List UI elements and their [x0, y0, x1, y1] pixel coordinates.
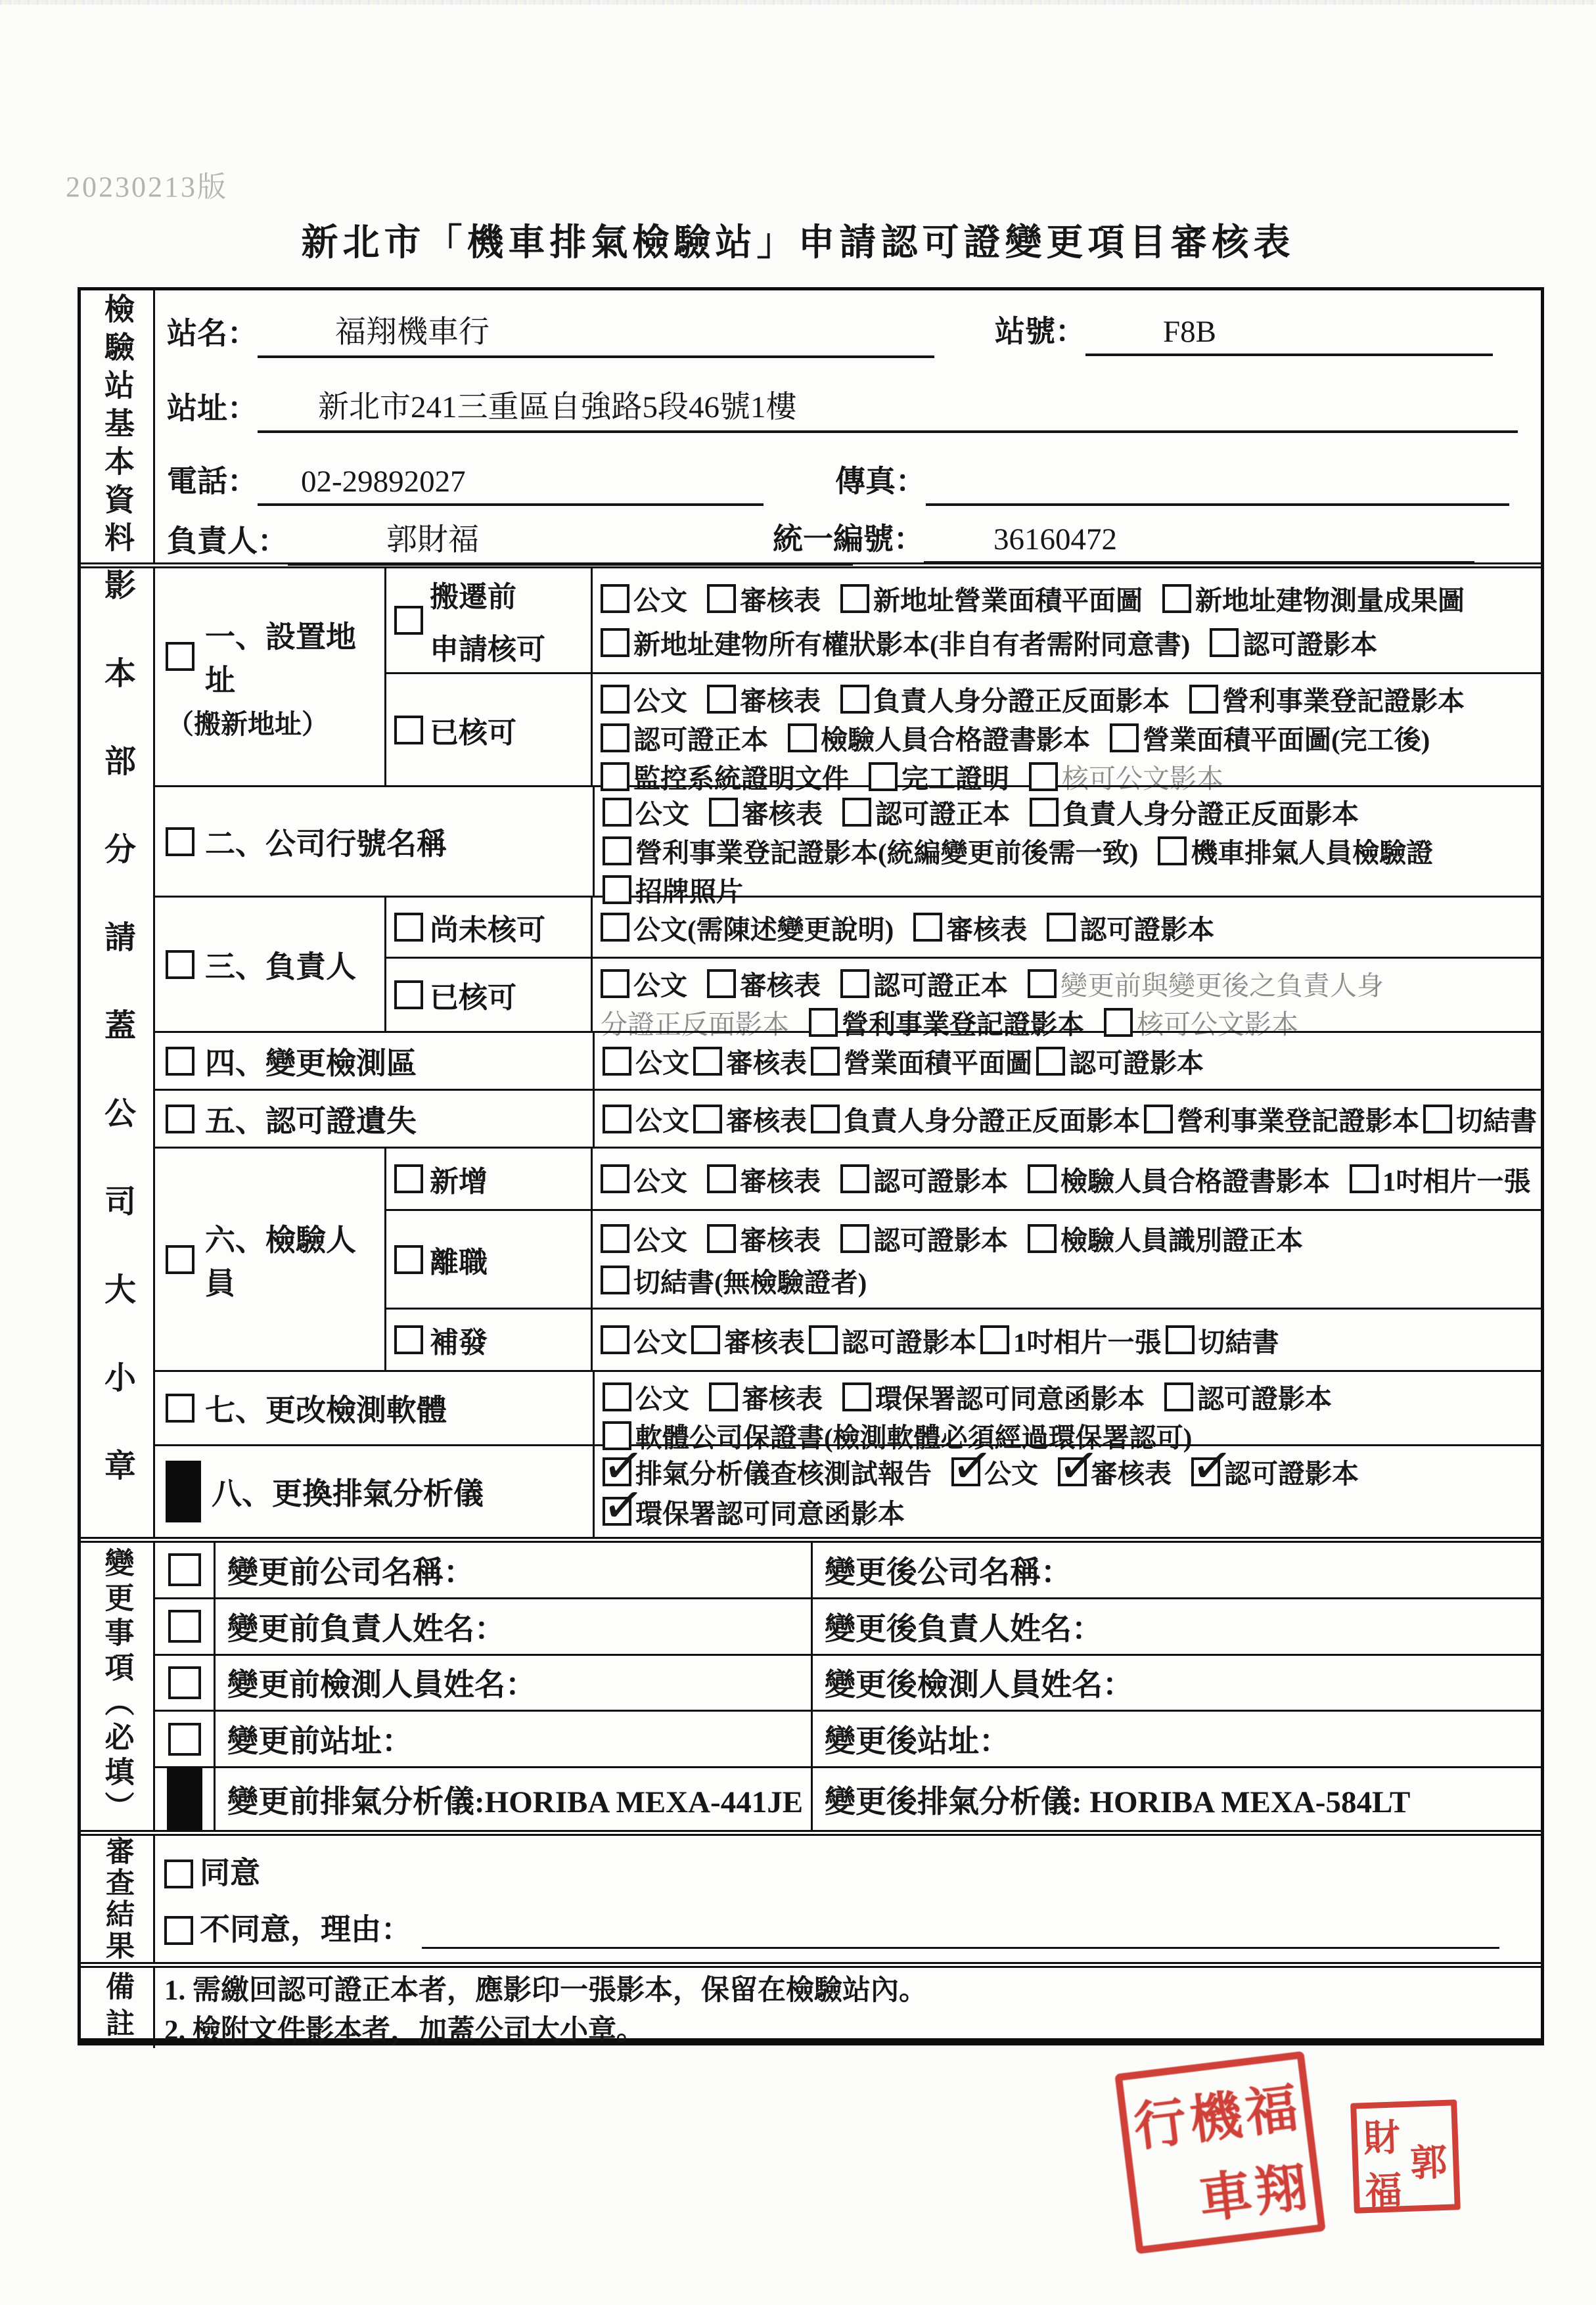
- document-option-label: 審核表: [946, 908, 1027, 947]
- document-option-checkbox[interactable]: [1423, 1105, 1452, 1133]
- change-before-text: 變更前檢測人員姓名：: [227, 1660, 536, 1704]
- document-option-label: 認可證影本: [1080, 908, 1214, 947]
- document-option: 公文(需陳述變更說明): [601, 908, 894, 947]
- document-option-label: 公文: [633, 1219, 687, 1258]
- change-section-header: 變更事項（必填）: [96, 1547, 139, 1826]
- document-option-checkbox[interactable]: [1047, 913, 1076, 942]
- sub-item-checkbox[interactable]: [394, 1164, 423, 1193]
- section-sublabel: （搬新地址）: [166, 702, 384, 741]
- document-option-checkbox[interactable]: [809, 1008, 838, 1037]
- document-option-checkbox[interactable]: [601, 584, 629, 613]
- document-option-label: 審核表: [740, 1160, 821, 1198]
- document-option-checkbox[interactable]: [601, 969, 629, 998]
- document-option: 公文: [601, 1321, 687, 1359]
- section-checkbox[interactable]: [166, 1461, 201, 1522]
- document-option-label: 營業面積平面圖(完工後): [1143, 718, 1430, 757]
- document-option-label: 認可證正本: [633, 718, 768, 757]
- document-option-label: 公文(需陳述變更說明): [633, 908, 894, 947]
- sub-label-cell: 已核可: [386, 959, 593, 1031]
- document-option: 審核表: [707, 1219, 821, 1258]
- section-checkbox[interactable]: [166, 1245, 194, 1274]
- document-option-checkbox[interactable]: [693, 1047, 722, 1076]
- phone-field: 電話： 02-29892027: [167, 457, 764, 506]
- document-option-label: 公文: [635, 1377, 689, 1416]
- change-row-checkbox-cell: [155, 1543, 216, 1597]
- document-option-checkbox[interactable]: [603, 1497, 631, 1526]
- document-option-checkbox[interactable]: [811, 1047, 840, 1076]
- change-after-text: 變更後站址：: [825, 1717, 1010, 1761]
- document-option-label: 審核表: [740, 679, 821, 718]
- note-line-1: 1. 需繳回認可證正本者，應影印一張影本，保留在檢驗站內。: [164, 1968, 1541, 2008]
- sub-rows: 新增公文審核表認可證影本檢驗人員合格證書影本1吋相片一張離職公文審核表認可證影本…: [386, 1149, 1541, 1370]
- section-checkbox[interactable]: [166, 1394, 194, 1423]
- sub-label-cell: 搬遷前申請核可: [386, 568, 593, 672]
- change-row-checkbox[interactable]: [167, 1768, 202, 1830]
- station-code-field: 站號： F8B: [995, 308, 1493, 356]
- document-option-checkbox[interactable]: [980, 1325, 1009, 1354]
- document-options-line: 公文審核表新地址營業面積平面圖新地址建物測量成果圖: [601, 579, 1537, 618]
- item-label-cell: 四、變更檢測區: [155, 1033, 595, 1089]
- document-option-label: 營利事業登記證影本: [1222, 679, 1465, 718]
- document-option: 審核表: [707, 579, 821, 618]
- copy-item-row: 二、公司行號名稱公文審核表認可證正本負責人身分證正反面影本營利事業登記證影本(統…: [155, 785, 1541, 896]
- document-option-label: 審核表: [740, 579, 821, 618]
- change-section-header-cell: 變更事項（必填）: [81, 1543, 155, 1830]
- document-option-checkbox[interactable]: [707, 1224, 736, 1253]
- copy-section-header-cell: 影本部分請蓋公司大小章: [81, 568, 155, 1537]
- document-option-label: 認可證正本: [873, 964, 1008, 1003]
- change-before-cell: 變更前公司名稱：: [216, 1543, 813, 1597]
- change-row: 變更前公司名稱：變更後公司名稱：: [155, 1543, 1541, 1597]
- document-option-checkbox[interactable]: [1166, 1325, 1195, 1354]
- document-option-checkbox[interactable]: [840, 969, 869, 998]
- change-row-checkbox[interactable]: [168, 1610, 201, 1643]
- document-options-line: 公文審核表負責人身分證正反面影本營利事業登記證影本切結書: [603, 1099, 1537, 1138]
- document-option: 檢驗人員合格證書影本: [788, 718, 1090, 757]
- address-value[interactable]: 新北市241三重區自強路5段46號1樓: [258, 382, 1518, 433]
- section-label: 一、設置地址: [205, 613, 384, 700]
- document-option-checkbox[interactable]: [1104, 1008, 1133, 1037]
- document-option-checkbox[interactable]: [951, 1457, 980, 1486]
- change-before-cell: 變更前負責人姓名：: [216, 1599, 813, 1654]
- document-option-checkbox[interactable]: [709, 798, 738, 827]
- document-option: 認可證正本: [840, 964, 1008, 1003]
- basic-info-section: 檢驗站基本資料 站名： 福翔機車行 站號： F8B 站址： 新北市241三重區自…: [81, 290, 1541, 562]
- document-option-checkbox[interactable]: [707, 969, 736, 998]
- change-row-checkbox-cell: [155, 1712, 216, 1766]
- document-option-checkbox[interactable]: [601, 1164, 629, 1193]
- document-option: 審核表: [707, 1160, 821, 1198]
- document-option-label: 認可證影本: [842, 1321, 976, 1359]
- document-option-checkbox[interactable]: [788, 723, 817, 752]
- document-option-label: 認可證影本: [1197, 1377, 1332, 1416]
- document-option-label: 負責人身分證正反面影本: [1062, 792, 1359, 831]
- document-option-label: 檢驗人員識別證正本: [1060, 1219, 1303, 1258]
- copy-item-row: 五、認可證遺失公文審核表負責人身分證正反面影本營利事業登記證影本切結書: [155, 1089, 1541, 1147]
- change-row-checkbox[interactable]: [168, 1723, 201, 1756]
- tax-id-label: 統一編號：: [773, 515, 924, 564]
- document-option-checkbox[interactable]: [709, 1382, 738, 1411]
- document-option-checkbox[interactable]: [1162, 584, 1191, 613]
- disagree-checkbox[interactable]: [164, 1916, 193, 1945]
- change-row-checkbox-cell: [155, 1599, 216, 1654]
- change-after-text: 變更後排氣分析儀: HORIBA MEXA-584LT: [825, 1777, 1410, 1821]
- document-option-label: 認可證影本: [1243, 623, 1377, 662]
- document-option-checkbox[interactable]: [1030, 798, 1059, 827]
- sub-item-label: 已核可: [430, 709, 516, 751]
- document-option-checkbox[interactable]: [601, 628, 629, 657]
- sub-item-row: 搬遷前申請核可公文審核表新地址營業面積平面圖新地址建物測量成果圖新地址建物所有權…: [386, 568, 1541, 672]
- document-option-checkbox[interactable]: [601, 685, 629, 714]
- document-option: 審核表: [709, 792, 823, 831]
- document-option-checkbox[interactable]: [707, 584, 736, 613]
- review-result-section: 審查結果 同意 不同意，理由：: [81, 1830, 1541, 1962]
- document-option: 認可證影本: [809, 1321, 976, 1359]
- change-before-cell: 變更前站址：: [216, 1712, 813, 1766]
- document-options-line: 公文審核表認可證影本檢驗人員合格證書影本1吋相片一張: [601, 1160, 1537, 1198]
- section-label: 八、更換排氣分析儀: [212, 1470, 484, 1513]
- copy-item-row: 一、設置地址（搬新地址）搬遷前申請核可公文審核表新地址營業面積平面圖新地址建物測…: [155, 568, 1541, 785]
- document-option: 審核表: [707, 679, 821, 718]
- document-option-label: 審核表: [742, 792, 823, 831]
- item-label-cell: 二、公司行號名稱: [155, 787, 595, 896]
- document-option-checkbox[interactable]: [840, 584, 869, 613]
- document-option: 營業面積平面圖: [811, 1041, 1032, 1080]
- document-option-checkbox[interactable]: [603, 836, 631, 865]
- section-label: 五、認可證遺失: [205, 1097, 417, 1141]
- item-label-cell: 三、負責人: [155, 898, 386, 1031]
- name-seal-char: 郭: [1403, 2107, 1453, 2214]
- form-title: 新北市「機車排氣檢驗站」申請認可證變更項目審核表: [0, 214, 1596, 266]
- document-option-checkbox[interactable]: [603, 1105, 631, 1133]
- company-seal-char: 車: [1193, 2149, 1258, 2235]
- change-before-cell: 變更前排氣分析儀:HORIBA MEXA-441JE: [216, 1768, 813, 1830]
- tax-id-value[interactable]: 36160472: [924, 522, 1474, 564]
- document-option-checkbox[interactable]: [840, 685, 869, 714]
- change-before-text: 變更前負責人姓名：: [227, 1605, 505, 1649]
- document-option-checkbox[interactable]: [1350, 1164, 1379, 1193]
- document-option-checkbox[interactable]: [1028, 1224, 1057, 1253]
- document-option: 1吋相片一張: [980, 1321, 1162, 1359]
- document-option-checkbox[interactable]: [842, 798, 871, 827]
- section-checkbox[interactable]: [166, 950, 194, 979]
- document-option-label: 新地址建物測量成果圖: [1195, 579, 1465, 618]
- change-row: 變更前檢測人員姓名：變更後檢測人員姓名：: [155, 1654, 1541, 1710]
- review-header-cell: 審查結果: [81, 1836, 155, 1962]
- change-row: 變更前負責人姓名：變更後負責人姓名：: [155, 1597, 1541, 1654]
- document-option-label: 營業面積平面圖: [844, 1041, 1032, 1080]
- document-option: 認可證影本: [840, 1160, 1008, 1198]
- change-row-checkbox[interactable]: [168, 1553, 201, 1586]
- company-seal-char: 機: [1183, 2070, 1248, 2156]
- document-option-checkbox[interactable]: [811, 1105, 840, 1133]
- sub-item-row: 補發公文審核表認可證影本1吋相片一張切結書: [386, 1308, 1541, 1370]
- item-label-cell: 七、更改檢測軟體: [155, 1372, 595, 1444]
- document-option: 公文: [603, 1041, 689, 1080]
- document-option-label: 環保署認可同意函影本: [635, 1492, 905, 1531]
- item-label-cell: 一、設置地址（搬新地址）: [155, 568, 386, 785]
- document-option-checkbox[interactable]: [1036, 1047, 1065, 1076]
- documents-cell: 公文審核表認可證影本1吋相片一張切結書: [593, 1310, 1541, 1370]
- change-after-text: 變更後檢測人員姓名：: [825, 1660, 1133, 1704]
- document-option: 公文: [601, 1219, 687, 1258]
- sub-item-checkbox[interactable]: [394, 913, 423, 942]
- company-seal-char: 行: [1127, 2077, 1192, 2162]
- document-option-checkbox[interactable]: [1158, 836, 1187, 865]
- document-option-checkbox[interactable]: [1210, 628, 1239, 657]
- sub-item-checkbox[interactable]: [394, 716, 423, 744]
- document-option: 環保署認可同意函影本: [842, 1377, 1145, 1416]
- document-options-line: 公文審核表營業面積平面圖認可證影本: [603, 1041, 1537, 1080]
- change-row-checkbox[interactable]: [168, 1666, 201, 1699]
- copy-item-row: 四、變更檢測區公文審核表營業面積平面圖認可證影本: [155, 1031, 1541, 1089]
- documents-cell: 公文審核表負責人身分證正反面影本營利事業登記證影本認可證正本檢驗人員合格證書影本…: [593, 674, 1541, 785]
- documents-cell: 公文審核表認可證影本檢驗人員識別證正本切結書(無檢驗證者): [593, 1211, 1541, 1308]
- document-option-checkbox[interactable]: [1144, 1105, 1173, 1133]
- document-option-checkbox[interactable]: [1028, 969, 1057, 998]
- sub-item-label: 已核可: [430, 974, 516, 1016]
- change-after-cell: 變更後排氣分析儀: HORIBA MEXA-584LT: [813, 1768, 1541, 1830]
- document-option-label: 1吋相片一張: [1013, 1321, 1162, 1359]
- document-option: 新地址建物測量成果圖: [1162, 579, 1465, 618]
- section-checkbox[interactable]: [166, 1047, 194, 1076]
- document-option-checkbox[interactable]: [601, 1325, 629, 1354]
- document-option-checkbox[interactable]: [691, 1325, 720, 1354]
- document-option: 認可證正本: [601, 718, 768, 757]
- section-label: 四、變更檢測區: [205, 1039, 417, 1083]
- document-option-label: 公文: [633, 1160, 687, 1198]
- station-name-value[interactable]: 福翔機車行: [258, 308, 934, 358]
- document-option: 公文: [601, 1160, 687, 1198]
- document-option: 公文: [603, 1099, 689, 1138]
- document-option-checkbox[interactable]: [1191, 1457, 1220, 1486]
- sub-item-row: 已核可公文審核表負責人身分證正反面影本營利事業登記證影本認可證正本檢驗人員合格證…: [386, 672, 1541, 785]
- document-option-checkbox[interactable]: [707, 1164, 736, 1193]
- disagree-label: 不同意，理由：: [200, 1906, 411, 1949]
- sub-label-cell: 補發: [386, 1310, 593, 1370]
- sub-item-label: 離職: [430, 1239, 488, 1281]
- disagree-reason-input[interactable]: [422, 1918, 1499, 1949]
- document-options-line: 認可證正本檢驗人員合格證書影本營業面積平面圖(完工後): [601, 718, 1537, 757]
- station-name-label: 站名：: [167, 309, 258, 358]
- document-option-label: 公文: [635, 792, 689, 831]
- document-option-checkbox[interactable]: [603, 798, 631, 827]
- notes-section: 備註 1. 需繳回認可證正本者，應影印一張影本，保留在檢驗站內。 2. 檢附文件…: [81, 1962, 1541, 2048]
- document-option-checkbox[interactable]: [1028, 1164, 1057, 1193]
- change-row-checkbox-cell: [155, 1768, 216, 1830]
- document-option-label: 認可證影本: [1224, 1452, 1359, 1491]
- owner-label: 負責人：: [167, 517, 288, 566]
- document-option-label: 審核表: [740, 964, 821, 1003]
- document-option-label: 審核表: [726, 1041, 807, 1080]
- basic-info-header: 檢驗站基本資料: [95, 293, 139, 560]
- section-label: 三、負責人: [205, 943, 356, 986]
- document-option-checkbox[interactable]: [840, 1224, 869, 1253]
- document-option-checkbox[interactable]: [1164, 1382, 1193, 1411]
- change-after-cell: 變更後負責人姓名：: [813, 1599, 1541, 1654]
- scanned-form-page: 20230213版 新北市「機車排氣檢驗站」申請認可證變更項目審核表 檢驗站基本…: [0, 0, 1596, 2305]
- document-option-label: 負責人身分證正反面影本: [873, 679, 1170, 718]
- change-before-text: 變更前排氣分析儀:HORIBA MEXA-441JE: [227, 1777, 803, 1821]
- sub-item-label2: 申請核可: [430, 626, 545, 668]
- sub-item-checkbox[interactable]: [394, 606, 423, 635]
- agree-checkbox[interactable]: [164, 1860, 193, 1888]
- name-seal-char: 福: [1359, 2161, 1407, 2215]
- phone-label: 電話：: [167, 457, 258, 506]
- documents-cell: 公文審核表環保署認可同意函影本認可證影本軟體公司保證書(檢測軟體必須經過環保署認…: [595, 1372, 1541, 1444]
- document-option-label: 公文: [635, 1099, 689, 1138]
- document-option: 環保署認可同意函影本: [603, 1492, 905, 1531]
- document-option: 認可證影本: [1164, 1377, 1332, 1416]
- document-option-label: 環保署認可同意函影本: [875, 1377, 1145, 1416]
- document-option: 審核表: [707, 964, 821, 1003]
- version-note: 20230213版: [66, 163, 228, 205]
- owner-name-seal-stamp: 郭財福: [1350, 2099, 1461, 2214]
- documents-cell: 公文審核表認可證正本負責人身分證正反面影本營利事業登記證影本(統編變更前後需一致…: [595, 787, 1541, 896]
- document-option-checkbox[interactable]: [1029, 762, 1058, 791]
- copy-section-header: 影本部分請蓋公司大小章: [95, 568, 140, 1537]
- sub-label-cell: 離職: [386, 1211, 593, 1308]
- item-label-cell: 八、更換排氣分析儀: [155, 1446, 595, 1537]
- section-checkbox[interactable]: [166, 642, 194, 671]
- document-option: 1吋相片一張: [1350, 1160, 1531, 1198]
- documents-cell: 公文(需陳述變更說明)審核表認可證影本: [593, 898, 1541, 957]
- document-options-line: 營利事業登記證影本(統編變更前後需一致)機車排氣人員檢驗證: [603, 831, 1537, 870]
- document-option-checkbox[interactable]: [809, 1325, 838, 1354]
- sub-rows: 搬遷前申請核可公文審核表新地址營業面積平面圖新地址建物測量成果圖新地址建物所有權…: [386, 568, 1541, 785]
- documents-cell: 公文審核表負責人身分證正反面影本營利事業登記證影本切結書: [595, 1091, 1541, 1147]
- document-option-checkbox[interactable]: [842, 1382, 871, 1411]
- document-option: 負責人身分證正反面影本: [840, 679, 1170, 718]
- document-options-line: 公文審核表認可證影本檢驗人員識別證正本: [601, 1219, 1537, 1258]
- document-option: 認可證影本: [1191, 1452, 1359, 1491]
- document-option-checkbox[interactable]: [601, 913, 629, 942]
- document-option-checkbox[interactable]: [840, 1164, 869, 1193]
- document-option-label: 審核表: [740, 1219, 821, 1258]
- document-option: 認可證影本: [840, 1219, 1008, 1258]
- document-option: 公文: [601, 964, 687, 1003]
- document-option-label: 公文: [633, 964, 687, 1003]
- document-option-label: 認可證影本: [873, 1219, 1008, 1258]
- change-after-cell: 變更後站址：: [813, 1712, 1541, 1766]
- section-checkbox[interactable]: [166, 1105, 194, 1133]
- phone-value[interactable]: 02-29892027: [258, 464, 764, 506]
- document-option: 審核表: [1058, 1452, 1172, 1491]
- document-option: 新地址建物所有權狀影本(非自有者需附同意書): [601, 623, 1190, 662]
- sub-item-checkbox[interactable]: [394, 1325, 423, 1354]
- document-option-label: 新地址建物所有權狀影本(非自有者需附同意書): [633, 623, 1190, 662]
- document-option-checkbox[interactable]: [1058, 1457, 1087, 1486]
- document-option-checkbox[interactable]: [601, 1266, 629, 1294]
- document-option-checkbox[interactable]: [693, 1105, 722, 1133]
- basic-info-header-cell: 檢驗站基本資料: [81, 290, 155, 562]
- document-option: 機車排氣人員檢驗證: [1158, 831, 1433, 870]
- document-option: 認可證影本: [1036, 1041, 1204, 1080]
- sub-item-checkbox[interactable]: [394, 980, 423, 1009]
- document-option-label: 營利事業登記證影本: [1177, 1099, 1419, 1138]
- document-options-line: 公文(需陳述變更說明)審核表認可證影本: [601, 908, 1537, 947]
- document-option-checkbox[interactable]: [913, 913, 942, 942]
- review-content: 同意 不同意，理由：: [155, 1836, 1541, 1962]
- company-seal-stamp: 福翔機車行: [1114, 2051, 1325, 2254]
- address-field: 站址： 新北市241三重區自強路5段46號1樓: [167, 382, 1518, 433]
- note-line-2: 2. 檢附文件影本者，加蓋公司大小章。: [164, 2008, 1541, 2048]
- sub-item-row: 離職公文審核表認可證影本檢驗人員識別證正本切結書(無檢驗證者): [386, 1209, 1541, 1308]
- notes-header: 備註: [96, 1971, 138, 2045]
- document-option: 認可證影本: [1210, 623, 1377, 662]
- company-seal-char: 翔: [1248, 2142, 1313, 2227]
- document-option-checkbox[interactable]: [601, 723, 629, 752]
- change-row-checkbox-cell: [155, 1656, 216, 1710]
- document-option-checkbox[interactable]: [707, 685, 736, 714]
- document-option-label: 公文: [635, 1041, 689, 1080]
- document-option: 審核表: [913, 908, 1027, 947]
- change-before-text: 變更前公司名稱：: [227, 1548, 474, 1592]
- document-option-checkbox[interactable]: [601, 1224, 629, 1253]
- change-before-text: 變更前站址：: [227, 1717, 413, 1761]
- document-option: 切結書: [1423, 1099, 1537, 1138]
- section-label: 七、更改檢測軟體: [205, 1386, 447, 1430]
- document-option-checkbox[interactable]: [601, 762, 629, 791]
- section-checkbox[interactable]: [166, 827, 194, 856]
- document-option-label: 審核表: [742, 1377, 823, 1416]
- documents-cell: 公文審核表營業面積平面圖認可證影本: [595, 1033, 1541, 1089]
- document-option: 審核表: [709, 1377, 823, 1416]
- name-seal-char: 財: [1357, 2109, 1405, 2162]
- document-option: 公文: [951, 1452, 1038, 1491]
- change-row: 變更前站址：變更後站址：: [155, 1710, 1541, 1766]
- document-option: 公文: [601, 679, 687, 718]
- document-option-label: 審核表: [1091, 1452, 1172, 1491]
- sub-item-row: 新增公文審核表認可證影本檢驗人員合格證書影本1吋相片一張: [386, 1149, 1541, 1209]
- copy-item-row: 七、更改檢測軟體公文審核表環保署認可同意函影本認可證影本軟體公司保證書(檢測軟體…: [155, 1370, 1541, 1444]
- station-code-value[interactable]: F8B: [1085, 314, 1493, 356]
- document-option: 切結書: [1166, 1321, 1279, 1359]
- document-option-checkbox[interactable]: [603, 875, 631, 904]
- station-name-field: 站名： 福翔機車行: [167, 308, 934, 358]
- fax-field: 傳真：: [835, 457, 1509, 506]
- agree-label: 同意: [200, 1849, 260, 1892]
- sub-item-label: 尚未核可: [430, 906, 545, 948]
- document-option-checkbox[interactable]: [603, 1382, 631, 1411]
- notes-header-cell: 備註: [81, 1968, 155, 2048]
- document-option: 新地址營業面積平面圖: [840, 579, 1143, 618]
- fax-value[interactable]: [926, 468, 1509, 506]
- document-option-checkbox[interactable]: [869, 762, 898, 791]
- change-before-cell: 變更前檢測人員姓名：: [216, 1656, 813, 1710]
- change-after-text: 變更後公司名稱：: [825, 1548, 1072, 1592]
- document-option-label: 排氣分析儀查核測試報告: [635, 1452, 932, 1491]
- owner-value[interactable]: 郭財福: [288, 515, 853, 566]
- sub-item-checkbox[interactable]: [394, 1245, 423, 1274]
- document-options-line: 公文審核表認可證影本1吋相片一張切結書: [601, 1321, 1537, 1359]
- basic-info-content: 站名： 福翔機車行 站號： F8B 站址： 新北市241三重區自強路5段46號1…: [155, 290, 1541, 562]
- section-label: 六、檢驗人員: [205, 1216, 384, 1303]
- document-option-label: 變更前與變更後之負責人身: [1060, 964, 1384, 1003]
- agree-line: 同意: [164, 1849, 1541, 1892]
- document-option-checkbox[interactable]: [1189, 685, 1218, 714]
- document-option-label: 認可證影本: [1069, 1041, 1204, 1080]
- document-option-checkbox[interactable]: [1110, 723, 1139, 752]
- document-option: 公文: [601, 579, 687, 618]
- notes-content: 1. 需繳回認可證正本者，應影印一張影本，保留在檢驗站內。 2. 檢附文件影本者…: [155, 1968, 1541, 2048]
- document-option: 切結書(無檢驗證者): [601, 1261, 867, 1300]
- document-option-checkbox[interactable]: [603, 1047, 631, 1076]
- document-option-label: 切結書(無檢驗證者): [633, 1261, 867, 1300]
- copy-item-row: 六、檢驗人員新增公文審核表認可證影本檢驗人員合格證書影本1吋相片一張離職公文審核…: [155, 1147, 1541, 1370]
- document-option: 檢驗人員識別證正本: [1028, 1219, 1303, 1258]
- document-option-label: 1吋相片一張: [1382, 1160, 1531, 1198]
